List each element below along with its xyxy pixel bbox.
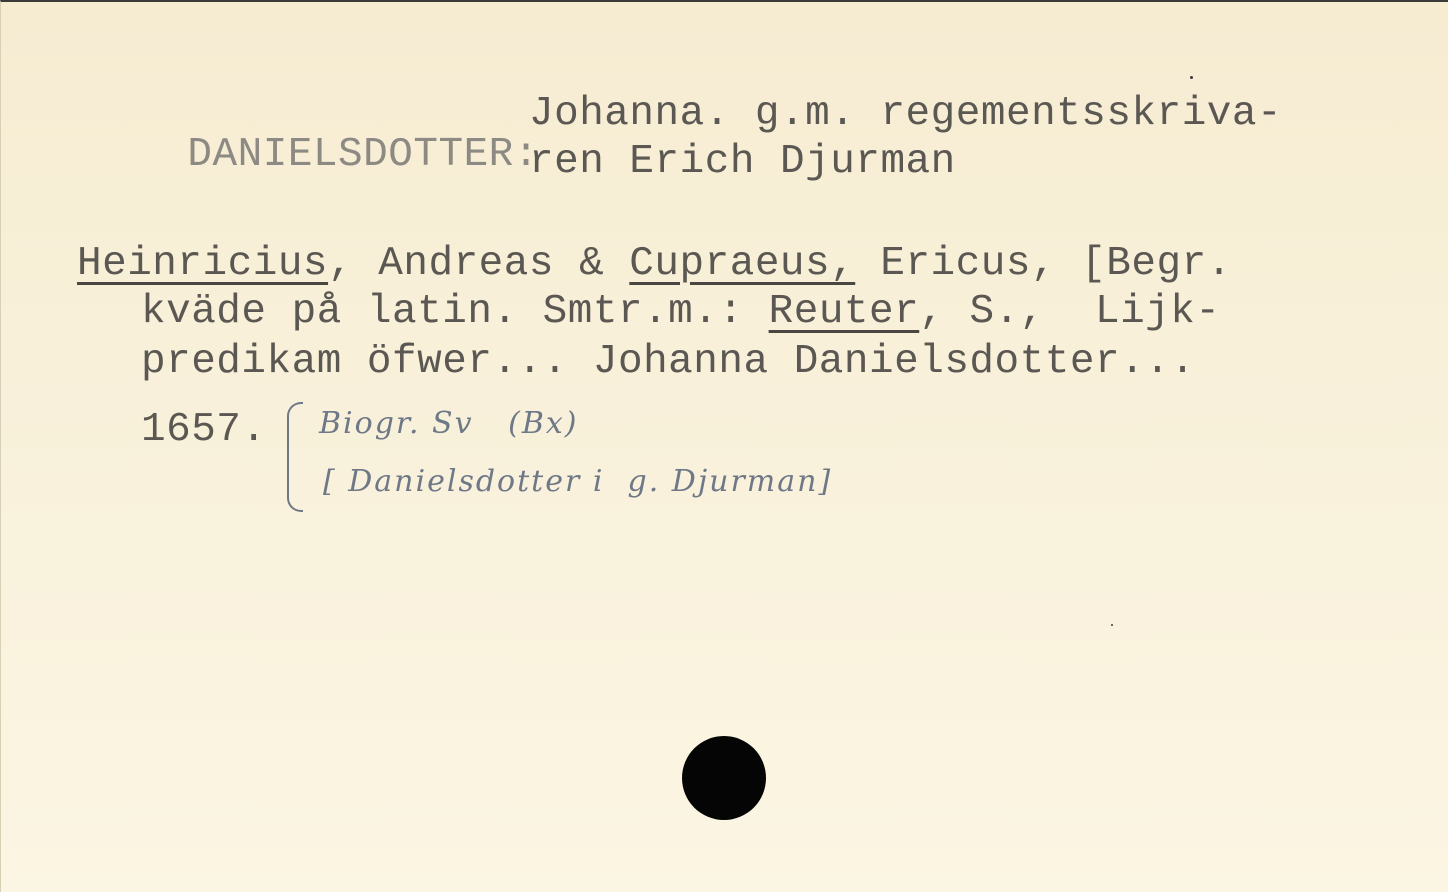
entry-text-2: Ericus, [855,241,1081,287]
catalog-card: DANIELSDOTTER: Johanna. g.m. regementssk… [0,0,1448,892]
handwritten-note-1: Biogr. Sv (Bx) [319,406,579,441]
author-cupraeus: Cupraeus, [629,241,855,287]
ink-speck [1190,76,1193,79]
heading-line-2: ren Erich Djurman [529,142,956,183]
author-reuter: Reuter [769,289,920,335]
entry-text-3: kväde på latin. Smtr.m.: [141,289,769,335]
entry-line-1: Heinricius, Andreas & Cupraeus, Ericus, … [77,244,1232,285]
ink-speck [1111,624,1113,626]
heading-given-name: Johanna. g.m. regementsskriva- [529,94,1282,135]
entry-line-2: kväde på latin. Smtr.m.: Reuter, S., Lij… [141,292,1220,333]
entry-year: 1657. [141,410,267,451]
punch-hole [682,736,766,820]
bracket-note: [Begr. [1081,241,1232,287]
handwritten-note-2: [ Danielsdotter i g. Djurman] [323,464,832,499]
handwritten-brace [287,402,303,512]
entry-text-4: , S., Lijk- [919,289,1220,335]
entry-text-1: , Andreas & [328,241,629,287]
heading-line-1: DANIELSDOTTER: [87,94,539,217]
entry-line-3: predikam öfwer... Johanna Danielsdotter.… [141,342,1195,383]
author-heinricius: Heinricius [77,241,328,287]
heading-surname: DANIELSDOTTER [187,132,513,178]
